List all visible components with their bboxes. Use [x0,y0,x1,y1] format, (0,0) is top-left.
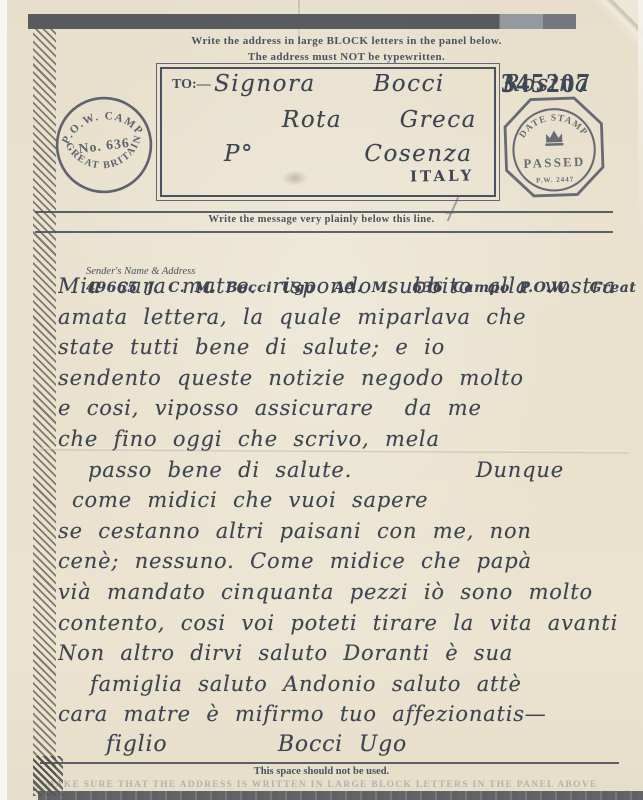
message-line: sendento queste notizie negodo molto [58,363,624,394]
letterform-paper: Write the address in large BLOCK letters… [0,0,643,800]
footer-rule [40,762,619,764]
message-line: famiglia saluto Andonio saluto attè [58,669,624,700]
message-line: passo bene di salute. Dunque [58,455,624,486]
message-line: Non altro dirvi saluto Doranti è sua [58,638,624,669]
message-line: cara matre è mifirmo tuo affezionatis— [58,699,624,730]
to-label: TO:— [172,77,211,93]
address-panel: TO:— Signora Bocci Rosina Rota Greca P° … [160,67,496,197]
footer-faint-instruction: MAKE SURE THAT THE ADDRESS IS WRITTEN IN… [0,780,643,790]
message-line: come midici che vuoi sapere [58,485,624,516]
message-line signature-line: figlio Bocci Ugo [58,730,624,761]
header-instruction-line2: The address must NOT be typewritten. [90,49,603,65]
message-body: Mia cara matre. rispondo subbito alla vo… [58,271,624,761]
header-instruction-line1: Write the address in large BLOCK letters… [90,33,603,49]
message-line: amata lettera, la quale miparlava che [58,302,624,333]
message-line: vià mandato cinquanta pezzi iò sono molt… [58,577,624,608]
address-line-3: P° Cosenza [224,141,472,167]
address-instructions: Write the address in large BLOCK letters… [90,33,603,65]
message-line: cenè; nessuno. Come midice che papà [58,546,624,577]
censor-date-stamp: DATE STAMP PASSED P.W. 2447 [500,93,608,201]
scan-edge-right [638,0,643,240]
address-line-2: Rota Greca [282,107,477,133]
censor-stamp-passed: PASSED [523,155,586,171]
address-country: ITALY [410,166,475,185]
message-line: se cestanno altri paisani con me, non [58,516,624,547]
pow-camp-stamp: P.O.W. CAMP No. 636 GREAT BRITAIN [47,88,161,202]
footer-note: This space should not be used. [0,766,643,777]
message-line: Mia cara matre. rispondo subbito alla vo… [58,271,624,302]
scan-edge-left [0,0,7,800]
message-line: e cosi, viposso assicurare da me [58,393,624,424]
pow-letter-scan: Write the address in large BLOCK letters… [0,0,643,800]
message-line: che fino oggi che scrivo, mela [58,424,624,455]
censor-stamp-number: P.W. 2447 [536,175,574,184]
message-line: state tutti bene di salute; e io [58,332,624,363]
crown-icon [545,130,563,146]
bottom-border-band [38,791,643,800]
divider-rule-top [35,211,613,213]
divider-rule-bottom [35,231,613,233]
top-border-band [28,14,576,29]
message-instruction: Write the message very plainly below thi… [0,214,643,225]
message-line: contento, cosi voi poteti tirare la vita… [58,608,624,639]
